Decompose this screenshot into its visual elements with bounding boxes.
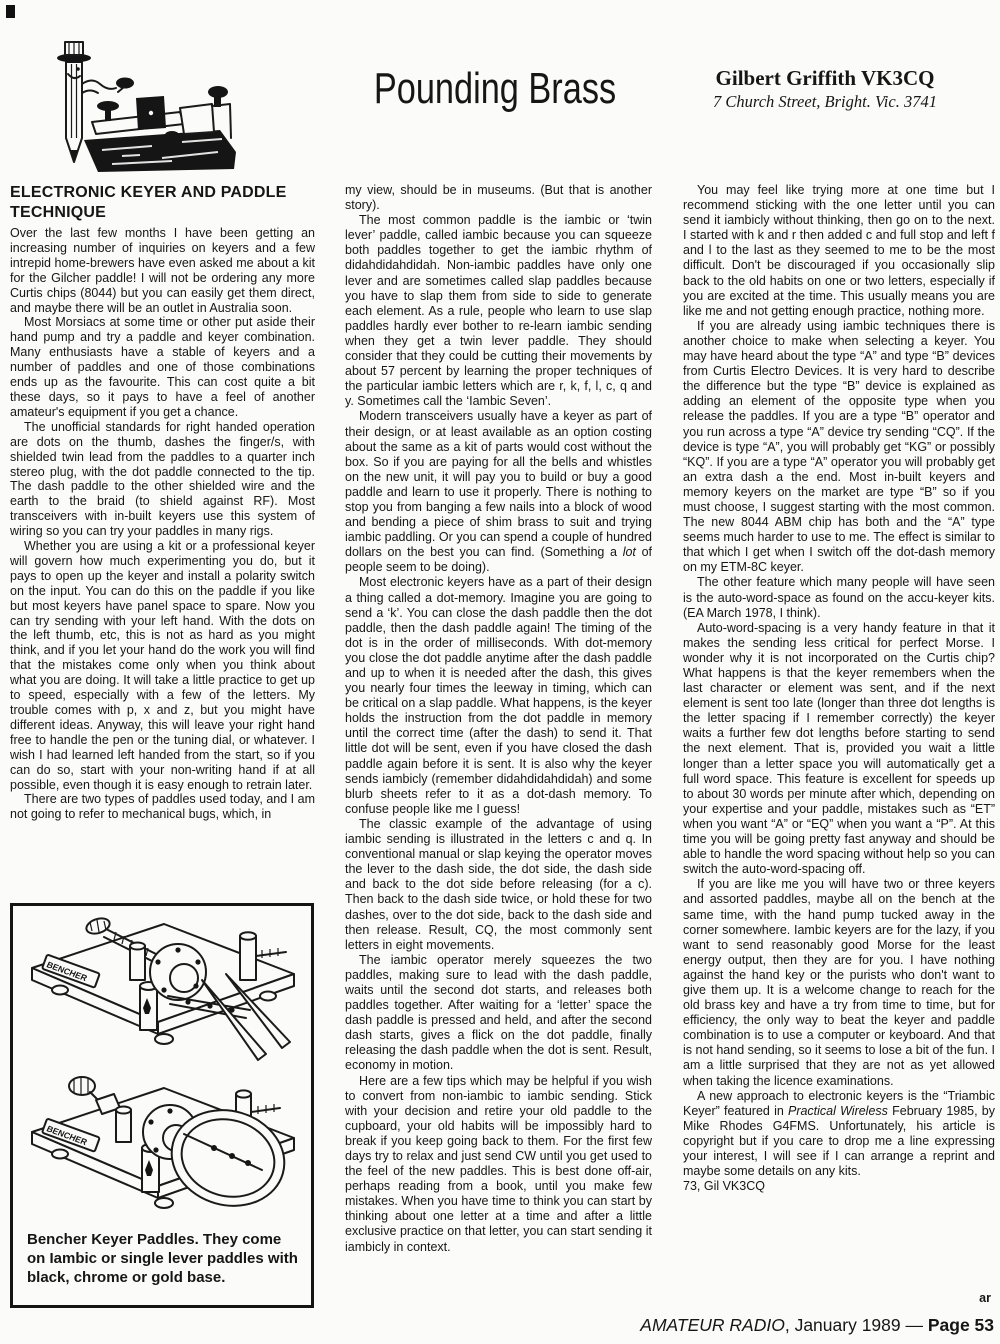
paragraph: Over the last few months I have been get… <box>10 226 315 315</box>
page-footer: AMATEUR RADIO, January 1989 — Page 53 <box>640 1315 994 1336</box>
bencher-paddles-figure: BENCHER <box>10 903 314 1308</box>
italic-word: lot <box>623 545 636 559</box>
column-right: You may feel like trying more at one tim… <box>683 183 995 1331</box>
paragraph: You may feel like trying more at one tim… <box>683 183 995 319</box>
author-address: 7 Church Street, Bright. Vic. 3741 <box>660 92 990 112</box>
scan-artifact-mark <box>6 5 15 18</box>
column-left: ELECTRONIC KEYER AND PADDLE TECHNIQUE Ov… <box>10 183 315 905</box>
paragraph: Auto-word-spacing is a very handy featur… <box>683 621 995 878</box>
signoff: 73, Gil VK3CQ <box>683 1179 995 1194</box>
magazine-page: Pounding Brass Gilbert Griffith VK3CQ 7 … <box>0 0 1000 1344</box>
paragraph: If you are like me you will have two or … <box>683 877 995 1088</box>
paragraph: Most electronic keyers have as a part of… <box>345 575 652 817</box>
italic-publication-name: Practical Wireless <box>788 1104 888 1118</box>
article-heading: ELECTRONIC KEYER AND PADDLE TECHNIQUE <box>10 183 315 223</box>
paragraph: Most Morsiacs at some time or other put … <box>10 315 315 419</box>
footer-magazine-title: AMATEUR RADIO <box>640 1315 785 1335</box>
paragraph-text: Modern transceivers usually have a keyer… <box>345 409 652 559</box>
paragraph: The unofficial standards for right hande… <box>10 420 315 539</box>
paragraph: Here are a few tips which may be helpful… <box>345 1074 652 1255</box>
paragraph: my view, should be in museums. (But that… <box>345 183 652 213</box>
page-title: Pounding Brass <box>359 64 632 114</box>
figure-caption: Bencher Keyer Paddles. They come on Iamb… <box>13 1228 311 1287</box>
footer-page-number: Page 53 <box>928 1315 994 1335</box>
single-lever-paddle-drawing: BENCHER <box>32 1077 296 1219</box>
paragraph: There are two types of paddles used toda… <box>10 792 315 822</box>
iambic-paddle-drawing: BENCHER <box>32 916 294 1060</box>
paragraph: The iambic operator merely squeezes the … <box>345 953 652 1074</box>
pencil-and-morse-key-illustration <box>22 22 242 172</box>
paragraph: A new approach to electronic keyers is t… <box>683 1089 995 1180</box>
author-name: Gilbert Griffith VK3CQ <box>660 66 990 91</box>
paddle-drawings: BENCHER <box>18 910 306 1228</box>
footer-issue-date: , January 1989 — <box>785 1315 928 1335</box>
paragraph: The most common paddle is the iambic or … <box>345 213 652 409</box>
paragraph: Whether you are using a kit or a profess… <box>10 539 315 792</box>
paragraph: Modern transceivers usually have a keyer… <box>345 409 652 575</box>
column-middle: my view, should be in museums. (But that… <box>345 183 652 1319</box>
byline: Gilbert Griffith VK3CQ 7 Church Street, … <box>660 66 990 112</box>
paragraph: If you are already using iambic techniqu… <box>683 319 995 576</box>
paragraph: The classic example of the advantage of … <box>345 817 652 953</box>
paragraph: The other feature which many people will… <box>683 575 995 620</box>
end-of-article-mark: ar <box>979 1291 991 1305</box>
